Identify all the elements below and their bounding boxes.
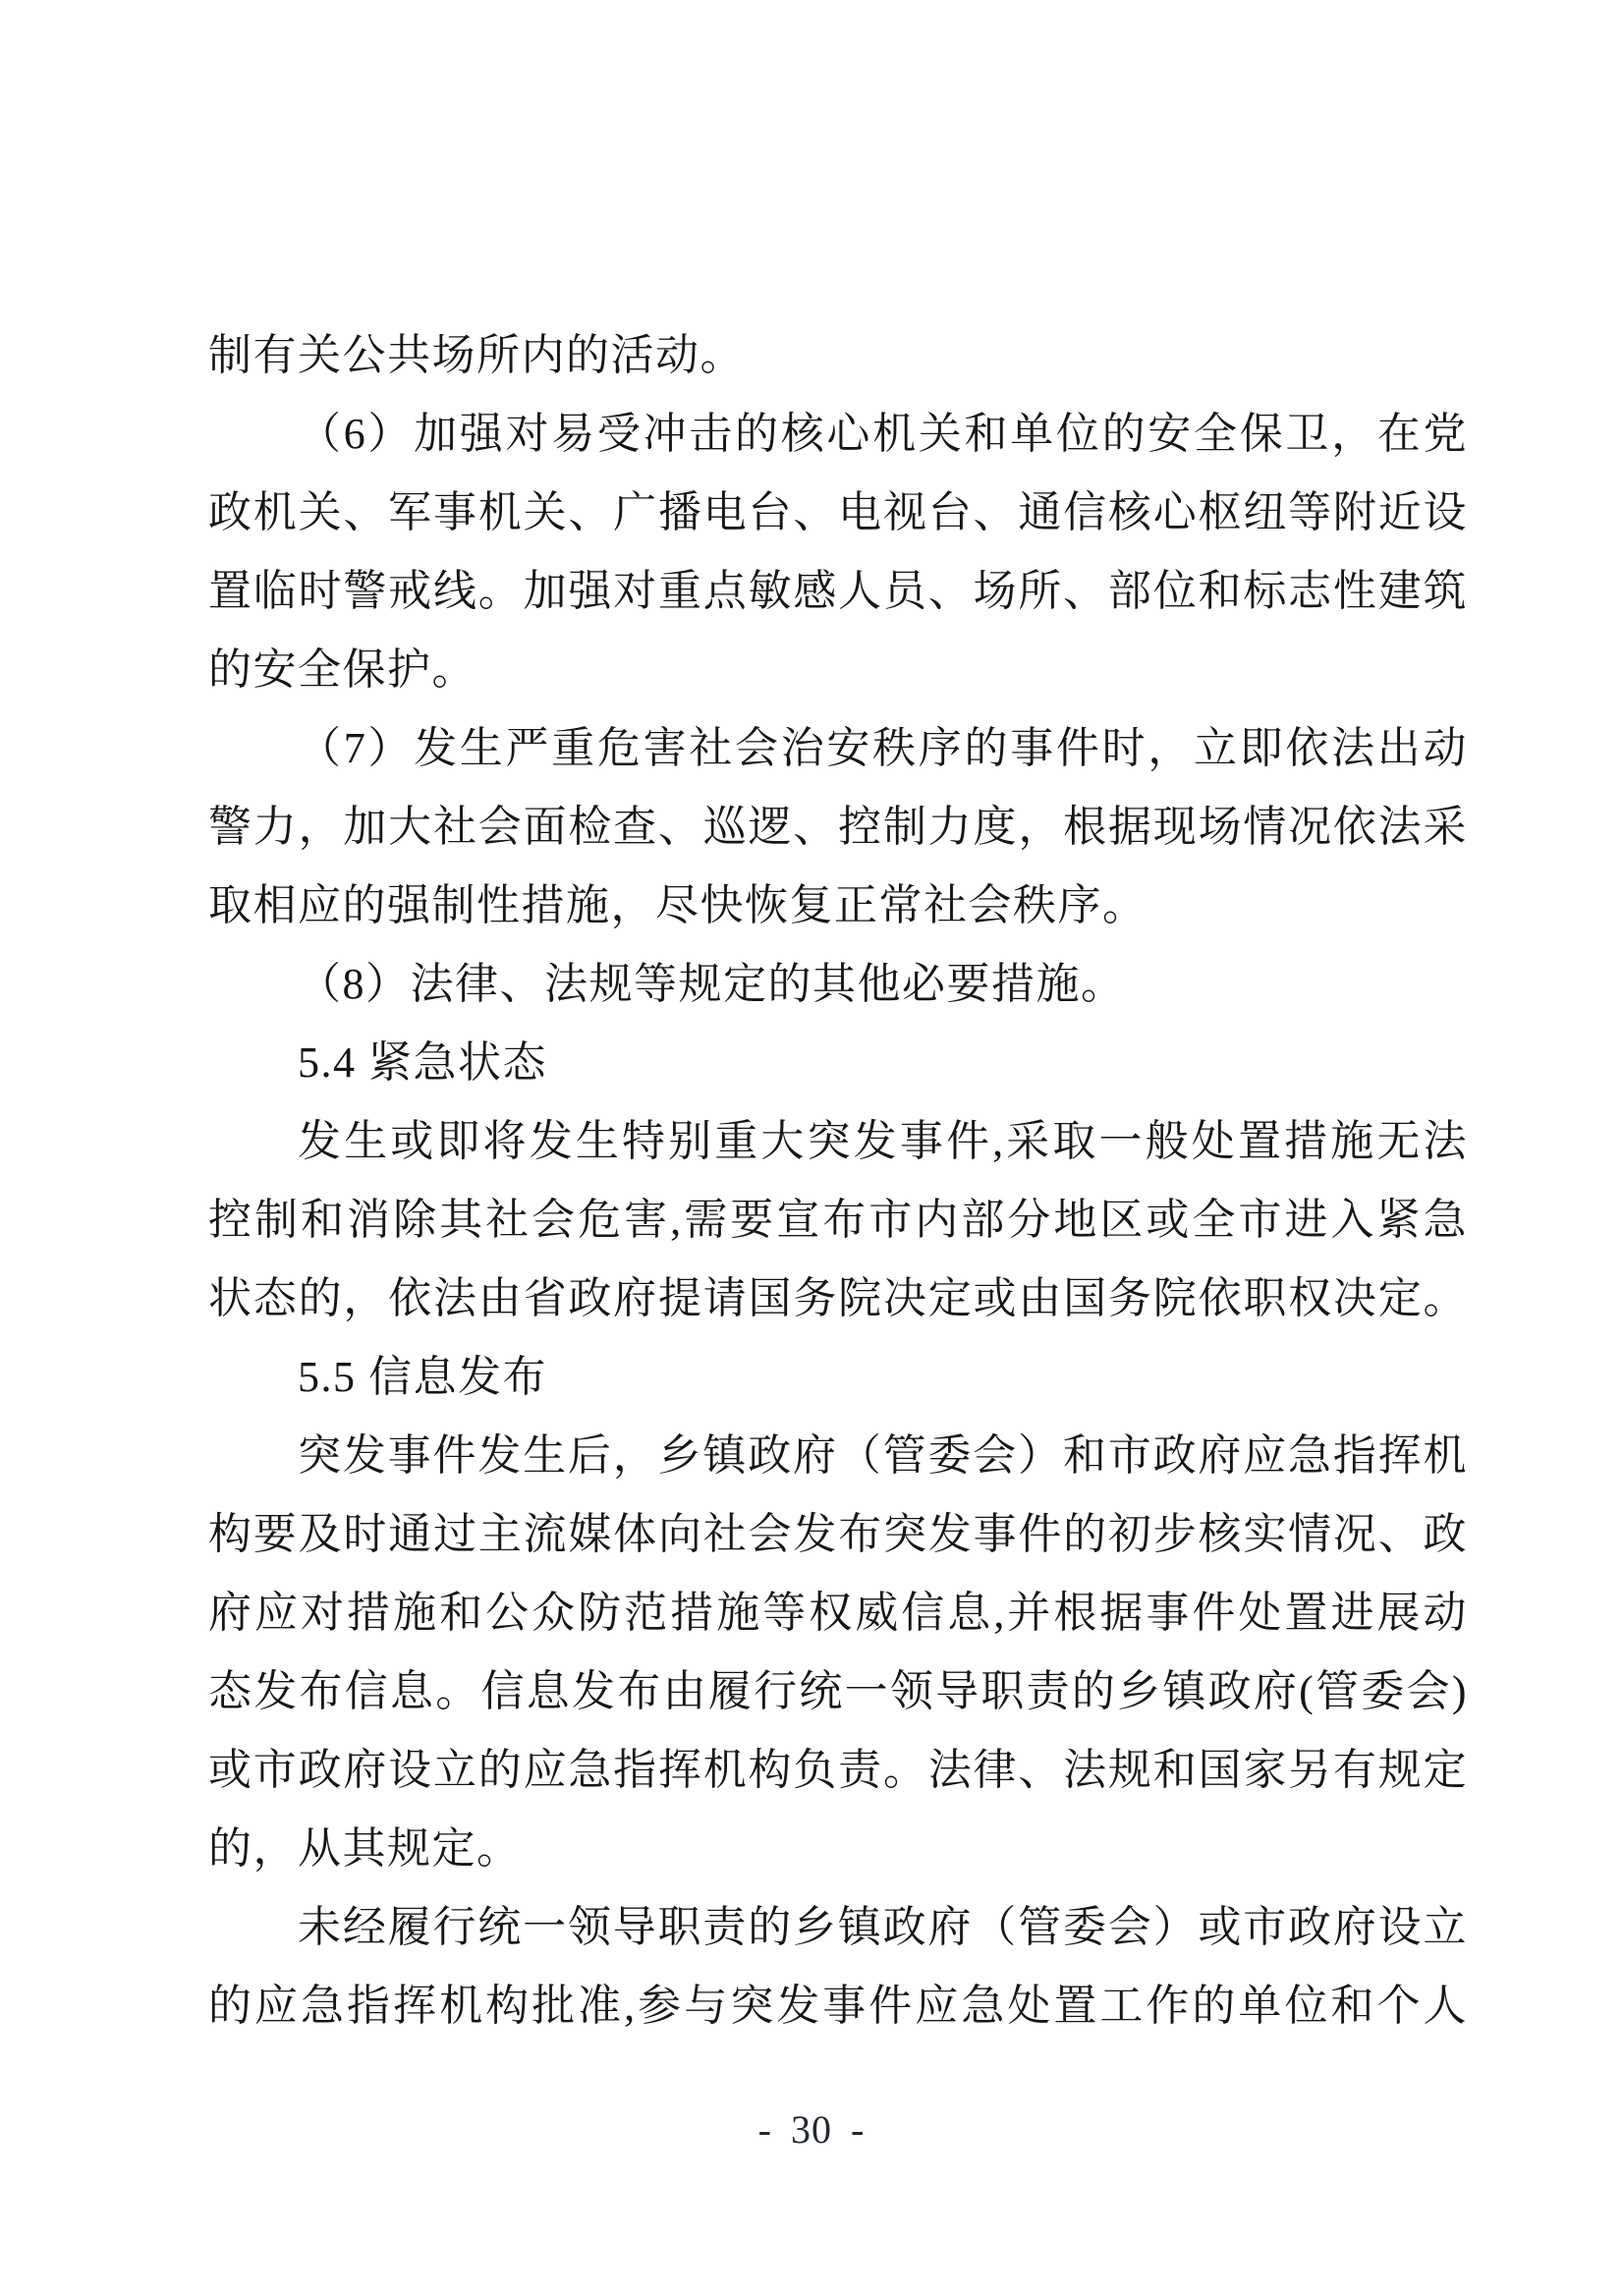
body-line: 警力，加大社会面检查、巡逻、控制力度，根据现场情况依法采 <box>208 788 1468 867</box>
body-line: （7）发生严重危害社会治安秩序的事件时，立即依法出动 <box>208 709 1468 788</box>
body-line: 政机关、军事机关、广播电台、电视台、通信核心枢纽等附近设 <box>208 474 1468 552</box>
body-line: 或市政府设立的应急指挥机构负责。法律、法规和国家另有规定 <box>208 1731 1468 1810</box>
page-number: - 30 - <box>0 2108 1623 2152</box>
body-line: 置临时警戒线。加强对重点敏感人员、场所、部位和标志性建筑 <box>208 552 1468 631</box>
body-line: 的安全保护。 <box>208 631 1468 709</box>
body-line: 状态的，依法由省政府提请国务院决定或由国务院依职权决定。 <box>208 1260 1468 1338</box>
body-line: 府应对措施和公众防范措施等权威信息,并根据事件处置进展动 <box>208 1574 1468 1652</box>
section-heading: 5.4 紧急状态 <box>208 1024 1468 1102</box>
document-page: 制有关公共场所内的活动。 （6）加强对易受冲击的核心机关和单位的安全保卫，在党 … <box>0 0 1623 2296</box>
body-line: （8）法律、法规等规定的其他必要措施。 <box>208 945 1468 1024</box>
body-line: 突发事件发生后，乡镇政府（管委会）和市政府应急指挥机 <box>208 1417 1468 1495</box>
body-line: 控制和消除其社会危害,需要宣布市内部分地区或全市进入紧急 <box>208 1181 1468 1260</box>
body-line: 构要及时通过主流媒体向社会发布突发事件的初步核实情况、政 <box>208 1495 1468 1574</box>
body-line: 的，从其规定。 <box>208 1810 1468 1888</box>
body-line: 的应急指挥机构批准,参与突发事件应急处置工作的单位和个人 <box>208 1967 1468 2045</box>
section-heading: 5.5 信息发布 <box>208 1338 1468 1417</box>
document-body: 制有关公共场所内的活动。 （6）加强对易受冲击的核心机关和单位的安全保卫，在党 … <box>208 316 1468 2045</box>
body-line: 取相应的强制性措施，尽快恢复正常社会秩序。 <box>208 867 1468 945</box>
body-line: 发生或即将发生特别重大突发事件,采取一般处置措施无法 <box>208 1102 1468 1181</box>
body-line: 态发布信息。信息发布由履行统一领导职责的乡镇政府(管委会) <box>208 1652 1468 1731</box>
body-line: 未经履行统一领导职责的乡镇政府（管委会）或市政府设立 <box>208 1888 1468 1967</box>
body-line: 制有关公共场所内的活动。 <box>208 316 1468 395</box>
body-line: （6）加强对易受冲击的核心机关和单位的安全保卫，在党 <box>208 395 1468 474</box>
